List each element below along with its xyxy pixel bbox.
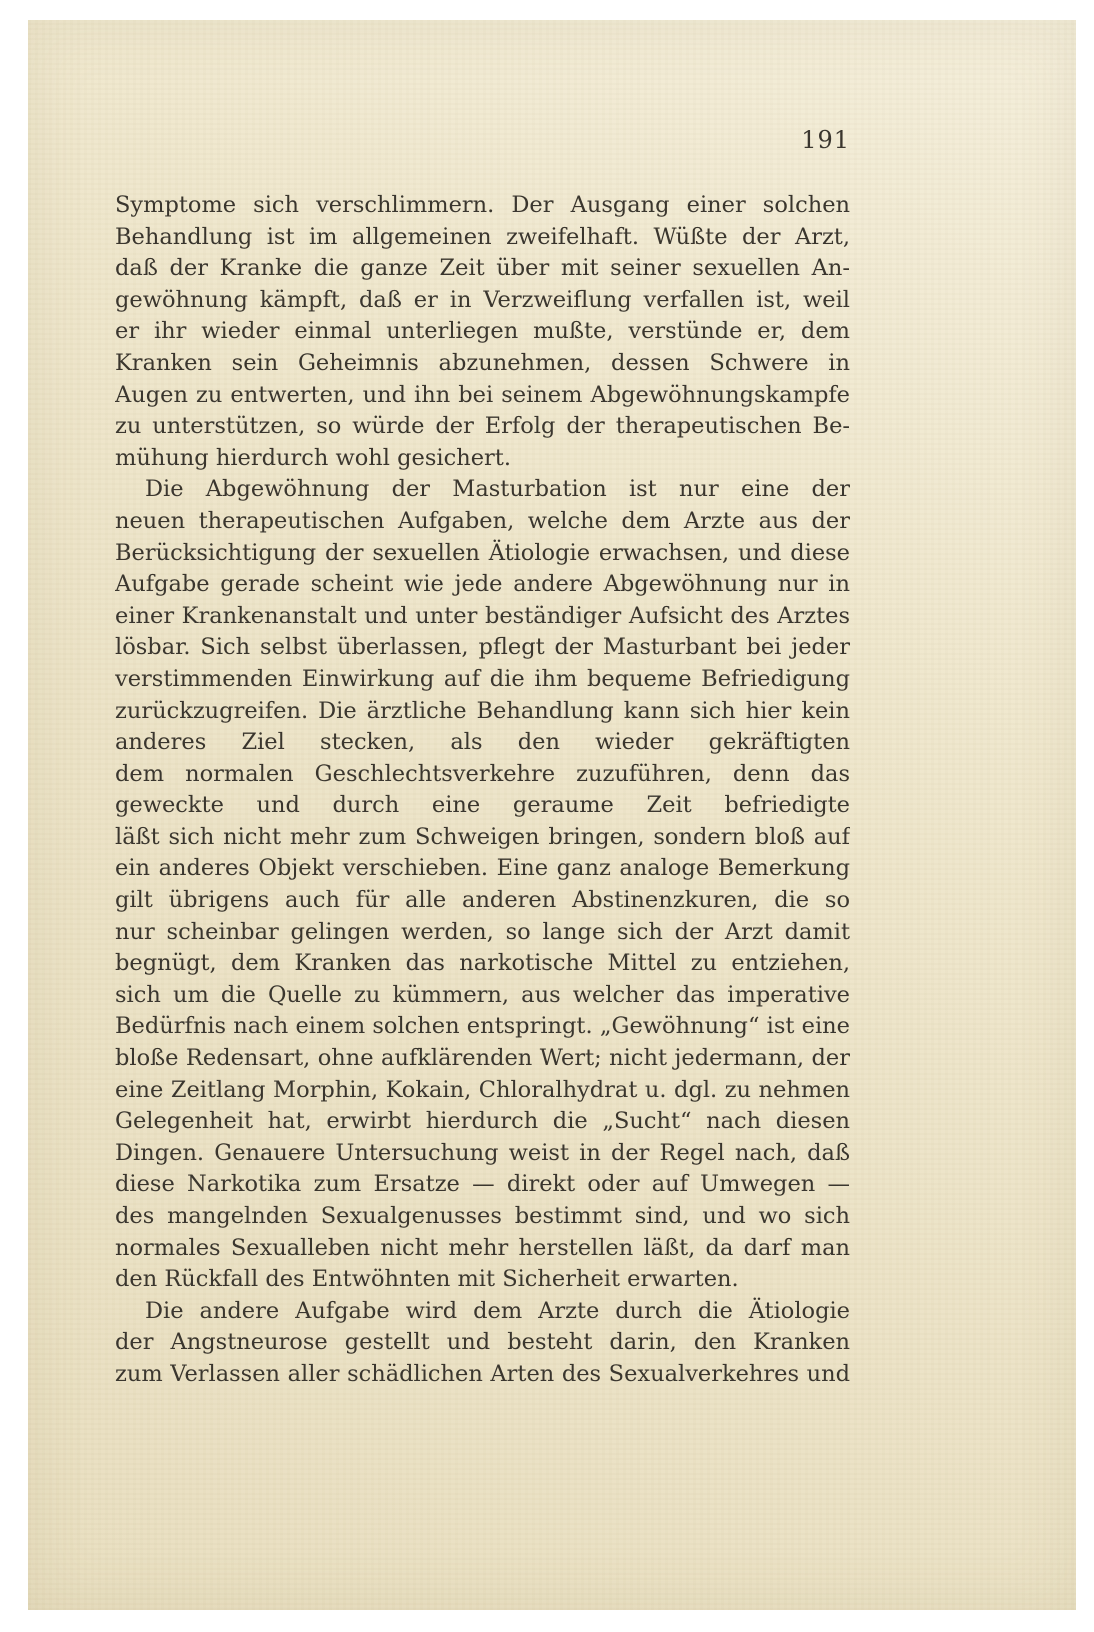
text-line: Die andere Aufgabe wird dem Arzte durch … bbox=[115, 1296, 850, 1328]
text-line: Bedürfnis nach einem solchen entspringt.… bbox=[115, 1011, 850, 1043]
text-line: des mangelnden Sexualgenusses bestimmt s… bbox=[115, 1201, 850, 1233]
text-line: Augen zu entwerten, und ihn bei seinem A… bbox=[115, 380, 850, 412]
text-line: daß der Kranke die ganze Zeit über mit s… bbox=[115, 253, 850, 285]
body-text: Symptome sich verschlimmern. Der Ausgang… bbox=[115, 190, 850, 1391]
page-number: 191 bbox=[115, 126, 850, 154]
text-line: diese Narkotika zum Ersatze — direkt ode… bbox=[115, 1169, 850, 1201]
text-line: verstimmenden Einwirkung auf die ihm beq… bbox=[115, 664, 850, 696]
text-line: Aufgabe gerade scheint wie jede andere A… bbox=[115, 569, 850, 601]
text-line: läßt sich nicht mehr zum Schweigen bring… bbox=[115, 822, 850, 854]
text-line: zum Verlassen aller schädlichen Arten de… bbox=[115, 1359, 850, 1391]
text-line: neuen therapeutischen Aufgaben, welche d… bbox=[115, 506, 850, 538]
text-line: Behandlung ist im allgemeinen zweifelhaf… bbox=[115, 222, 850, 254]
text-line: Dingen. Genauere Untersuchung weist in d… bbox=[115, 1138, 850, 1170]
text-line: ein anderes Objekt verschieben. Eine gan… bbox=[115, 853, 850, 885]
scanned-book-page: 191 Symptome sich verschlimmern. Der Aus… bbox=[0, 0, 1094, 1632]
text-line: Symptome sich verschlimmern. Der Ausgang… bbox=[115, 190, 850, 222]
text-line: dem normalen Geschlechtsverkehre zuzufüh… bbox=[115, 759, 850, 791]
text-line: anderes Ziel stecken, als den wieder gek… bbox=[115, 727, 850, 759]
text-line: Die Abgewöhnung der Masturbation ist nur… bbox=[115, 474, 850, 506]
text-line: nur scheinbar gelingen werden, so lange … bbox=[115, 917, 850, 949]
paper-sheet: 191 Symptome sich verschlimmern. Der Aus… bbox=[28, 20, 1076, 1610]
paragraph: Die Abgewöhnung der Masturbation ist nur… bbox=[115, 474, 850, 1295]
text-line: lösbar. Sich selbst überlassen, pflegt d… bbox=[115, 632, 850, 664]
paragraph: Die andere Aufgabe wird dem Arzte durch … bbox=[115, 1296, 850, 1391]
paragraph: Symptome sich verschlimmern. Der Ausgang… bbox=[115, 190, 850, 474]
text-line: gilt übrigens auch für alle anderen Abst… bbox=[115, 885, 850, 917]
text-line: bloße Redensart, ohne aufklärenden Wert;… bbox=[115, 1043, 850, 1075]
text-line: Berücksichtigung der sexuellen Ätiologie… bbox=[115, 538, 850, 570]
text-line: normales Sexualleben nicht mehr herstell… bbox=[115, 1233, 850, 1265]
text-line: eine Zeitlang Morphin, Kokain, Chloralhy… bbox=[115, 1075, 850, 1107]
text-line: zu unterstützen, so würde der Erfolg der… bbox=[115, 411, 850, 443]
text-line: geweckte und durch eine geraume Zeit bef… bbox=[115, 790, 850, 822]
text-line: sich um die Quelle zu kümmern, aus welch… bbox=[115, 980, 850, 1012]
text-line: der Angstneurose gestellt und besteht da… bbox=[115, 1327, 850, 1359]
text-line: den Rückfall des Entwöhnten mit Sicherhe… bbox=[115, 1264, 850, 1296]
text-line: Gelegenheit hat, erwirbt hierdurch die „… bbox=[115, 1106, 850, 1138]
text-line: gewöhnung kämpft, daß er in Verzweiflung… bbox=[115, 285, 850, 317]
text-line: Kranken sein Geheimnis abzunehmen, desse… bbox=[115, 348, 850, 380]
text-line: einer Krankenanstalt und unter beständig… bbox=[115, 601, 850, 633]
text-line: er ihr wieder einmal unterliegen mußte, … bbox=[115, 316, 850, 348]
text-line: mühung hierdurch wohl gesichert. bbox=[115, 443, 850, 475]
text-line: begnügt, dem Kranken das narkotische Mit… bbox=[115, 948, 850, 980]
text-line: zurückzugreifen. Die ärztliche Behandlun… bbox=[115, 696, 850, 728]
